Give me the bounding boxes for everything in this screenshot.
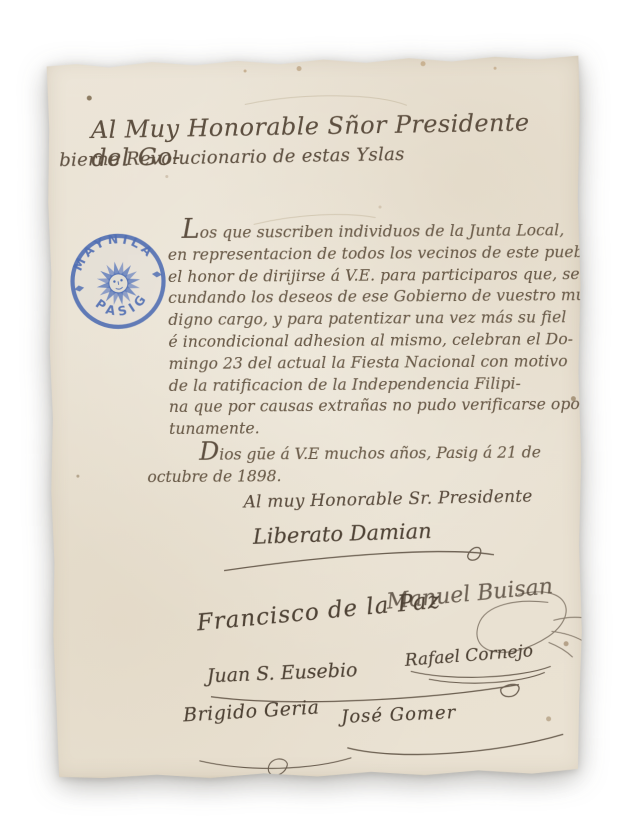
body-line: Los que suscriben individuos de la Junta… [168, 216, 576, 245]
body-line: cundando los deseos de ese Gobierno de v… [168, 286, 576, 311]
body-line: é incondicional adhesion al mismo, celeb… [168, 329, 576, 354]
signature-juan-eusebio: Juan S. Eusebio [206, 659, 357, 687]
stamp-top-text: MAYNILA [66, 229, 160, 275]
signature-liberato-damian: Liberato Damian [252, 519, 432, 549]
salutation: Al muy Honorable Sr. Presidente [243, 486, 532, 512]
maynila-pasig-stamp: MAYNILA PASIG [66, 229, 171, 334]
rubric-gomer [347, 734, 563, 755]
body-line: en representacion de todos los vecinos d… [168, 242, 576, 267]
body-line: digno cargo, y para patentizar una vez m… [168, 307, 576, 332]
document-paper: Al Muy Honorable Sñor Presidente del Go-… [44, 54, 585, 780]
closing-line1: Dios gūe á V.E muchos años, Pasig á 21 d… [147, 438, 577, 466]
body-line: na que por causas extrañas no pudo verif… [169, 395, 577, 420]
signature-jose-gomer: José Gomer [341, 702, 457, 728]
closing-line2: octubre de 1898. [147, 463, 577, 488]
letter-body: Los que suscriben individuos de la Junta… [168, 216, 578, 441]
stamp-sun-icon [85, 250, 152, 317]
body-line: mingo 23 del actual la Fiesta Nacional c… [169, 351, 577, 376]
body-line: tunamente. [169, 416, 577, 441]
rubric-damian [224, 551, 494, 570]
svg-text:PASIG: PASIG [91, 287, 154, 323]
document-paper-wrapper: Al Muy Honorable Sñor Presidente del Go-… [44, 54, 585, 780]
photograph-background: Al Muy Honorable Sñor Presidente del Go-… [0, 0, 620, 832]
body-line: de la ratificacion de la Independencia F… [169, 373, 577, 398]
signature-manuel-buisan: Manuel Buisan [385, 574, 554, 615]
signature-brigido-geria: Brigido Geria [183, 696, 320, 726]
svg-text:MAYNILA: MAYNILA [66, 229, 160, 275]
stamp-bottom-text: PASIG [91, 287, 154, 323]
rubric-cornejo [411, 666, 551, 683]
signature-rafael-cornejo: Rafael Cornejo [404, 641, 534, 671]
body-line: el honor de dirijirse á V.E. para partic… [168, 264, 576, 289]
rubric-geria [199, 758, 351, 776]
letter-closing: Dios gūe á V.E muchos años, Pasig á 21 d… [147, 438, 577, 488]
foxing-specks [44, 58, 47, 61]
stamp-ornament-icons [74, 269, 164, 293]
